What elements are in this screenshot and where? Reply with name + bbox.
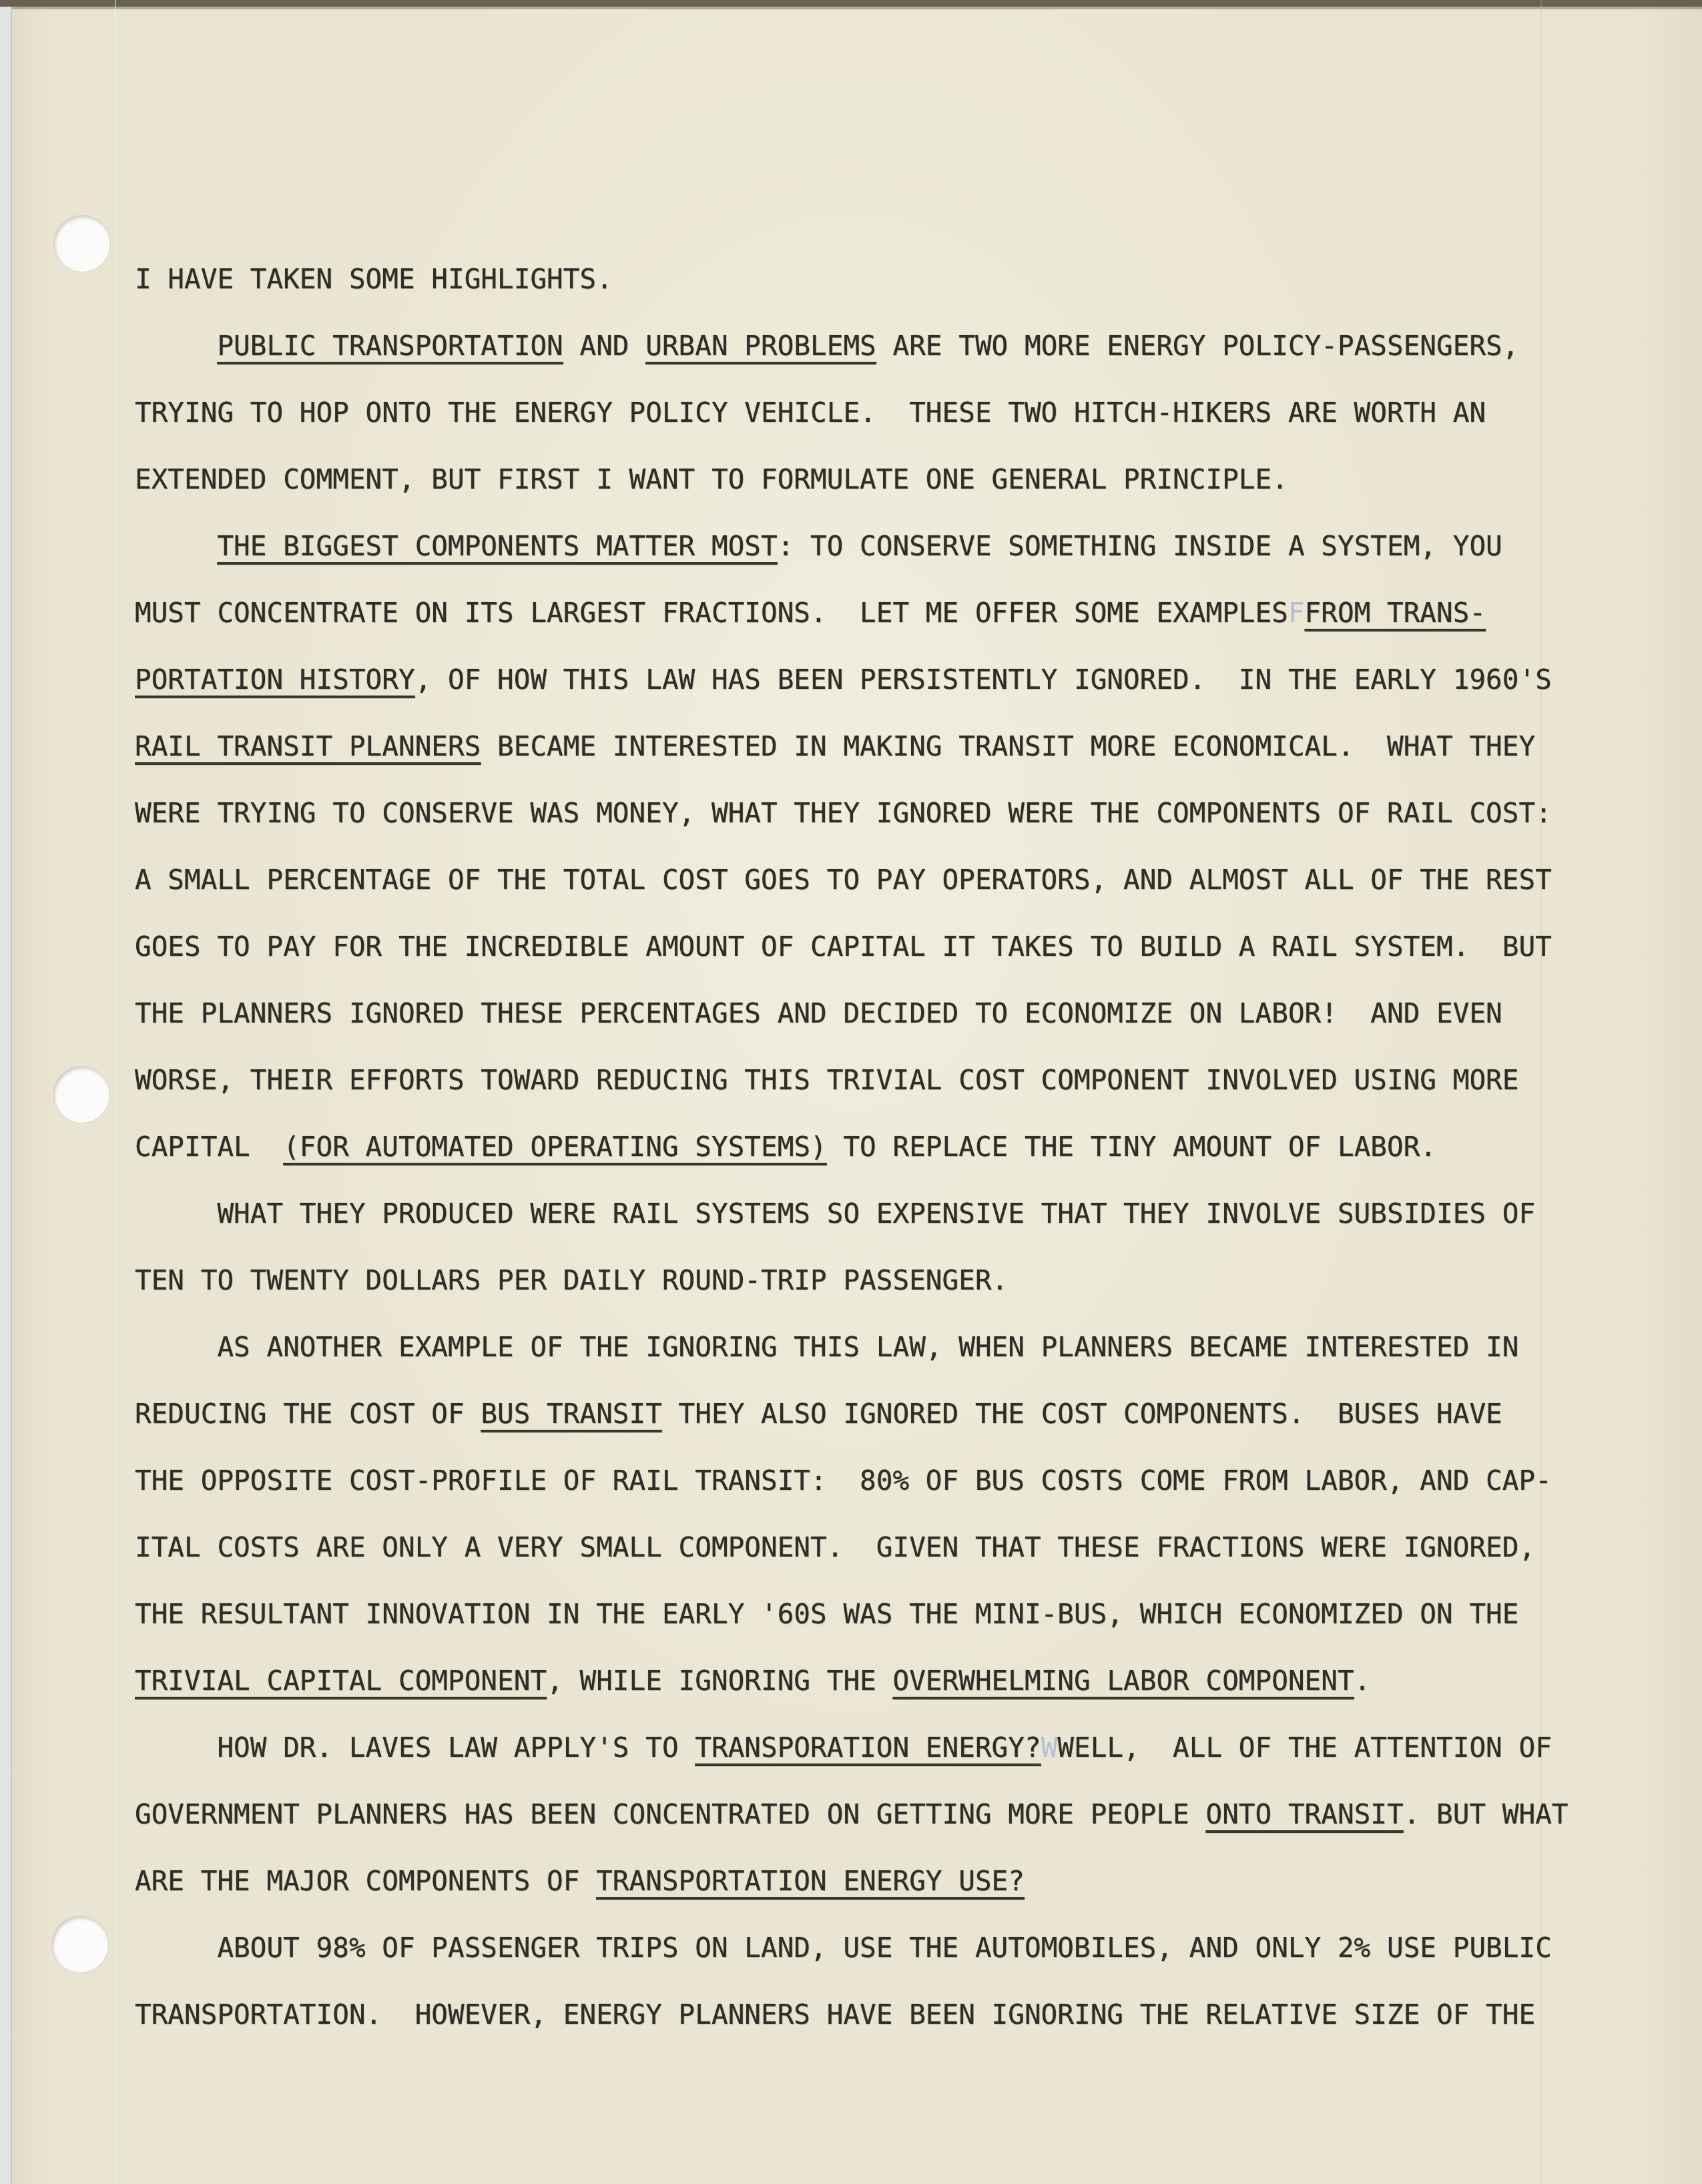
text-line: EXTENDED COMMENT, BUT FIRST I WANT TO FO… — [135, 446, 1650, 513]
text-segment: MUST CONCENTRATE ON ITS LARGEST FRACTION… — [135, 597, 1288, 629]
underlined-text-segment: TRIVIAL CAPITAL COMPONENT — [135, 1665, 547, 1697]
text-segment: ABOUT 98% OF PASSENGER TRIPS ON LAND, US… — [217, 1932, 1551, 1964]
text-segment: , OF HOW THIS LAW HAS BEEN PERSISTENTLY … — [415, 663, 1552, 696]
underlined-text-segment: BUS TRANSIT — [481, 1398, 662, 1430]
text-segment: GOES TO PAY FOR THE INCREDIBLE AMOUNT OF… — [135, 930, 1552, 963]
text-line: ABOUT 98% OF PASSENGER TRIPS ON LAND, US… — [135, 1914, 1650, 1981]
text-segment: THE RESULTANT INNOVATION IN THE EARLY '6… — [135, 1598, 1518, 1630]
scanner-background-left — [0, 7, 12, 2184]
text-segment: TRYING TO HOP ONTO THE ENERGY POLICY VEH… — [135, 396, 1486, 429]
text-segment: REDUCING THE COST OF — [135, 1398, 481, 1430]
text-line: HOW DR. LAVES LAW APPLY'S TO TRANSPORATI… — [135, 1714, 1650, 1781]
text-line: TRANSPORTATION. HOWEVER, ENERGY PLANNERS… — [135, 1981, 1650, 2048]
text-line: WORSE, THEIR EFFORTS TOWARD REDUCING THI… — [135, 1047, 1650, 1113]
underlined-text-segment: PORTATION HISTORY — [135, 663, 415, 696]
typewritten-text: I HAVE TAKEN SOME HIGHLIGHTS. PUBLIC TRA… — [135, 246, 1650, 2048]
text-line: THE BIGGEST COMPONENTS MATTER MOST: TO C… — [135, 513, 1650, 579]
text-line: ITAL COSTS ARE ONLY A VERY SMALL COMPONE… — [135, 1514, 1650, 1581]
text-segment — [135, 1331, 217, 1363]
text-line: GOVERNMENT PLANNERS HAS BEEN CONCENTRATE… — [135, 1781, 1650, 1848]
text-line: GOES TO PAY FOR THE INCREDIBLE AMOUNT OF… — [135, 913, 1650, 980]
text-segment: . BUT WHAT — [1404, 1798, 1569, 1830]
text-segment: THE PLANNERS IGNORED THESE PERCENTAGES A… — [135, 997, 1502, 1029]
text-line: WERE TRYING TO CONSERVE WAS MONEY, WHAT … — [135, 780, 1650, 846]
text-line: ARE THE MAJOR COMPONENTS OF TRANSPORTATI… — [135, 1848, 1650, 1914]
text-line: TRIVIAL CAPITAL COMPONENT, WHILE IGNORIN… — [135, 1647, 1650, 1714]
text-segment: TRANSPORTATION. HOWEVER, ENERGY PLANNERS… — [135, 1998, 1535, 2030]
text-segment: WERE TRYING TO CONSERVE WAS MONEY, WHAT … — [135, 797, 1552, 829]
text-segment: CAPITAL — [135, 1131, 283, 1163]
text-segment — [135, 1197, 217, 1230]
text-segment — [135, 330, 217, 362]
text-segment: : TO CONSERVE SOMETHING INSIDE A SYSTEM,… — [778, 530, 1502, 562]
text-segment: ITAL COSTS ARE ONLY A VERY SMALL COMPONE… — [135, 1531, 1535, 1563]
text-segment — [135, 1932, 217, 1964]
text-line: AS ANOTHER EXAMPLE OF THE IGNORING THIS … — [135, 1314, 1650, 1380]
text-line: I HAVE TAKEN SOME HIGHLIGHTS. — [135, 246, 1650, 312]
text-segment: WHAT THEY PRODUCED WERE RAIL SYSTEMS SO … — [217, 1197, 1535, 1230]
text-segment: WELL, ALL OF THE ATTENTION OF — [1057, 1731, 1552, 1763]
text-segment — [135, 1731, 217, 1763]
text-segment: GOVERNMENT PLANNERS HAS BEEN CONCENTRATE… — [135, 1798, 1205, 1830]
underlined-text-segment: URBAN PROBLEMS — [645, 330, 876, 362]
scan-artifact-pale-line — [115, 0, 116, 2184]
underlined-text-segment: RAIL TRANSIT PLANNERS — [135, 730, 481, 762]
scanned-page: I HAVE TAKEN SOME HIGHLIGHTS. PUBLIC TRA… — [0, 0, 1702, 2184]
text-segment: THE OPPOSITE COST-PROFILE OF RAIL TRANSI… — [135, 1464, 1552, 1496]
text-segment — [135, 530, 217, 562]
text-line: MUST CONCENTRATE ON ITS LARGEST FRACTION… — [135, 579, 1650, 646]
text-line: THE RESULTANT INNOVATION IN THE EARLY '6… — [135, 1581, 1650, 1647]
underlined-text-segment: TRANSPORTATION ENERGY USE? — [596, 1865, 1025, 1897]
text-segment: THEY ALSO IGNORED THE COST COMPONENTS. B… — [662, 1398, 1502, 1430]
text-line: THE PLANNERS IGNORED THESE PERCENTAGES A… — [135, 980, 1650, 1047]
text-segment: BECAME INTERESTED IN MAKING TRANSIT MORE… — [481, 730, 1535, 762]
hole-punch — [53, 1067, 109, 1123]
text-segment: HOW DR. LAVES LAW APPLY'S TO — [217, 1731, 695, 1763]
text-line: TRYING TO HOP ONTO THE ENERGY POLICY VEH… — [135, 379, 1650, 446]
text-segment: AND — [563, 330, 645, 362]
text-line: A SMALL PERCENTAGE OF THE TOTAL COST GOE… — [135, 846, 1650, 913]
text-segment: TEN TO TWENTY DOLLARS PER DAILY ROUND-TR… — [135, 1264, 1008, 1296]
text-line: THE OPPOSITE COST-PROFILE OF RAIL TRANSI… — [135, 1447, 1650, 1514]
hole-punch — [52, 1916, 108, 1972]
underlined-text-segment: TRANSPORATION ENERGY? — [695, 1731, 1041, 1763]
text-line: RAIL TRANSIT PLANNERS BECAME INTERESTED … — [135, 713, 1650, 780]
underlined-text-segment: FROM TRANS- — [1305, 597, 1486, 629]
text-line: WHAT THEY PRODUCED WERE RAIL SYSTEMS SO … — [135, 1180, 1650, 1247]
underlined-text-segment: THE BIGGEST COMPONENTS MATTER MOST — [217, 530, 777, 562]
text-line: CAPITAL (FOR AUTOMATED OPERATING SYSTEMS… — [135, 1113, 1650, 1180]
text-segment: TO REPLACE THE TINY AMOUNT OF LABOR. — [827, 1131, 1436, 1163]
underlined-text-segment: OVERWHELMING LABOR COMPONENT — [892, 1665, 1354, 1697]
underlined-text-segment: ONTO TRANSIT — [1205, 1798, 1403, 1830]
ghost-ink-segment: F — [1288, 597, 1305, 629]
text-segment: ARE THE MAJOR COMPONENTS OF — [135, 1865, 596, 1897]
text-line: PORTATION HISTORY, OF HOW THIS LAW HAS B… — [135, 646, 1650, 713]
text-line: PUBLIC TRANSPORTATION AND URBAN PROBLEMS… — [135, 312, 1650, 379]
text-segment: A SMALL PERCENTAGE OF THE TOTAL COST GOE… — [135, 864, 1552, 896]
text-segment: ARE TWO MORE ENERGY POLICY-PASSENGERS, — [876, 330, 1519, 362]
text-line: REDUCING THE COST OF BUS TRANSIT THEY AL… — [135, 1380, 1650, 1447]
text-segment: WORSE, THEIR EFFORTS TOWARD REDUCING THI… — [135, 1064, 1518, 1096]
underlined-text-segment: (FOR AUTOMATED OPERATING SYSTEMS) — [283, 1131, 827, 1163]
text-segment: EXTENDED COMMENT, BUT FIRST I WANT TO FO… — [135, 463, 1288, 495]
underlined-text-segment: PUBLIC TRANSPORTATION — [217, 330, 563, 362]
text-segment: , WHILE IGNORING THE — [547, 1665, 892, 1697]
text-segment: AS ANOTHER EXAMPLE OF THE IGNORING THIS … — [217, 1331, 1518, 1363]
text-segment: I HAVE TAKEN SOME HIGHLIGHTS. — [135, 263, 613, 295]
scanner-edge-top — [0, 0, 1702, 7]
hole-punch — [54, 216, 110, 272]
text-segment: . — [1354, 1665, 1371, 1697]
text-line: TEN TO TWENTY DOLLARS PER DAILY ROUND-TR… — [135, 1247, 1650, 1314]
ghost-ink-segment: W — [1041, 1731, 1058, 1763]
